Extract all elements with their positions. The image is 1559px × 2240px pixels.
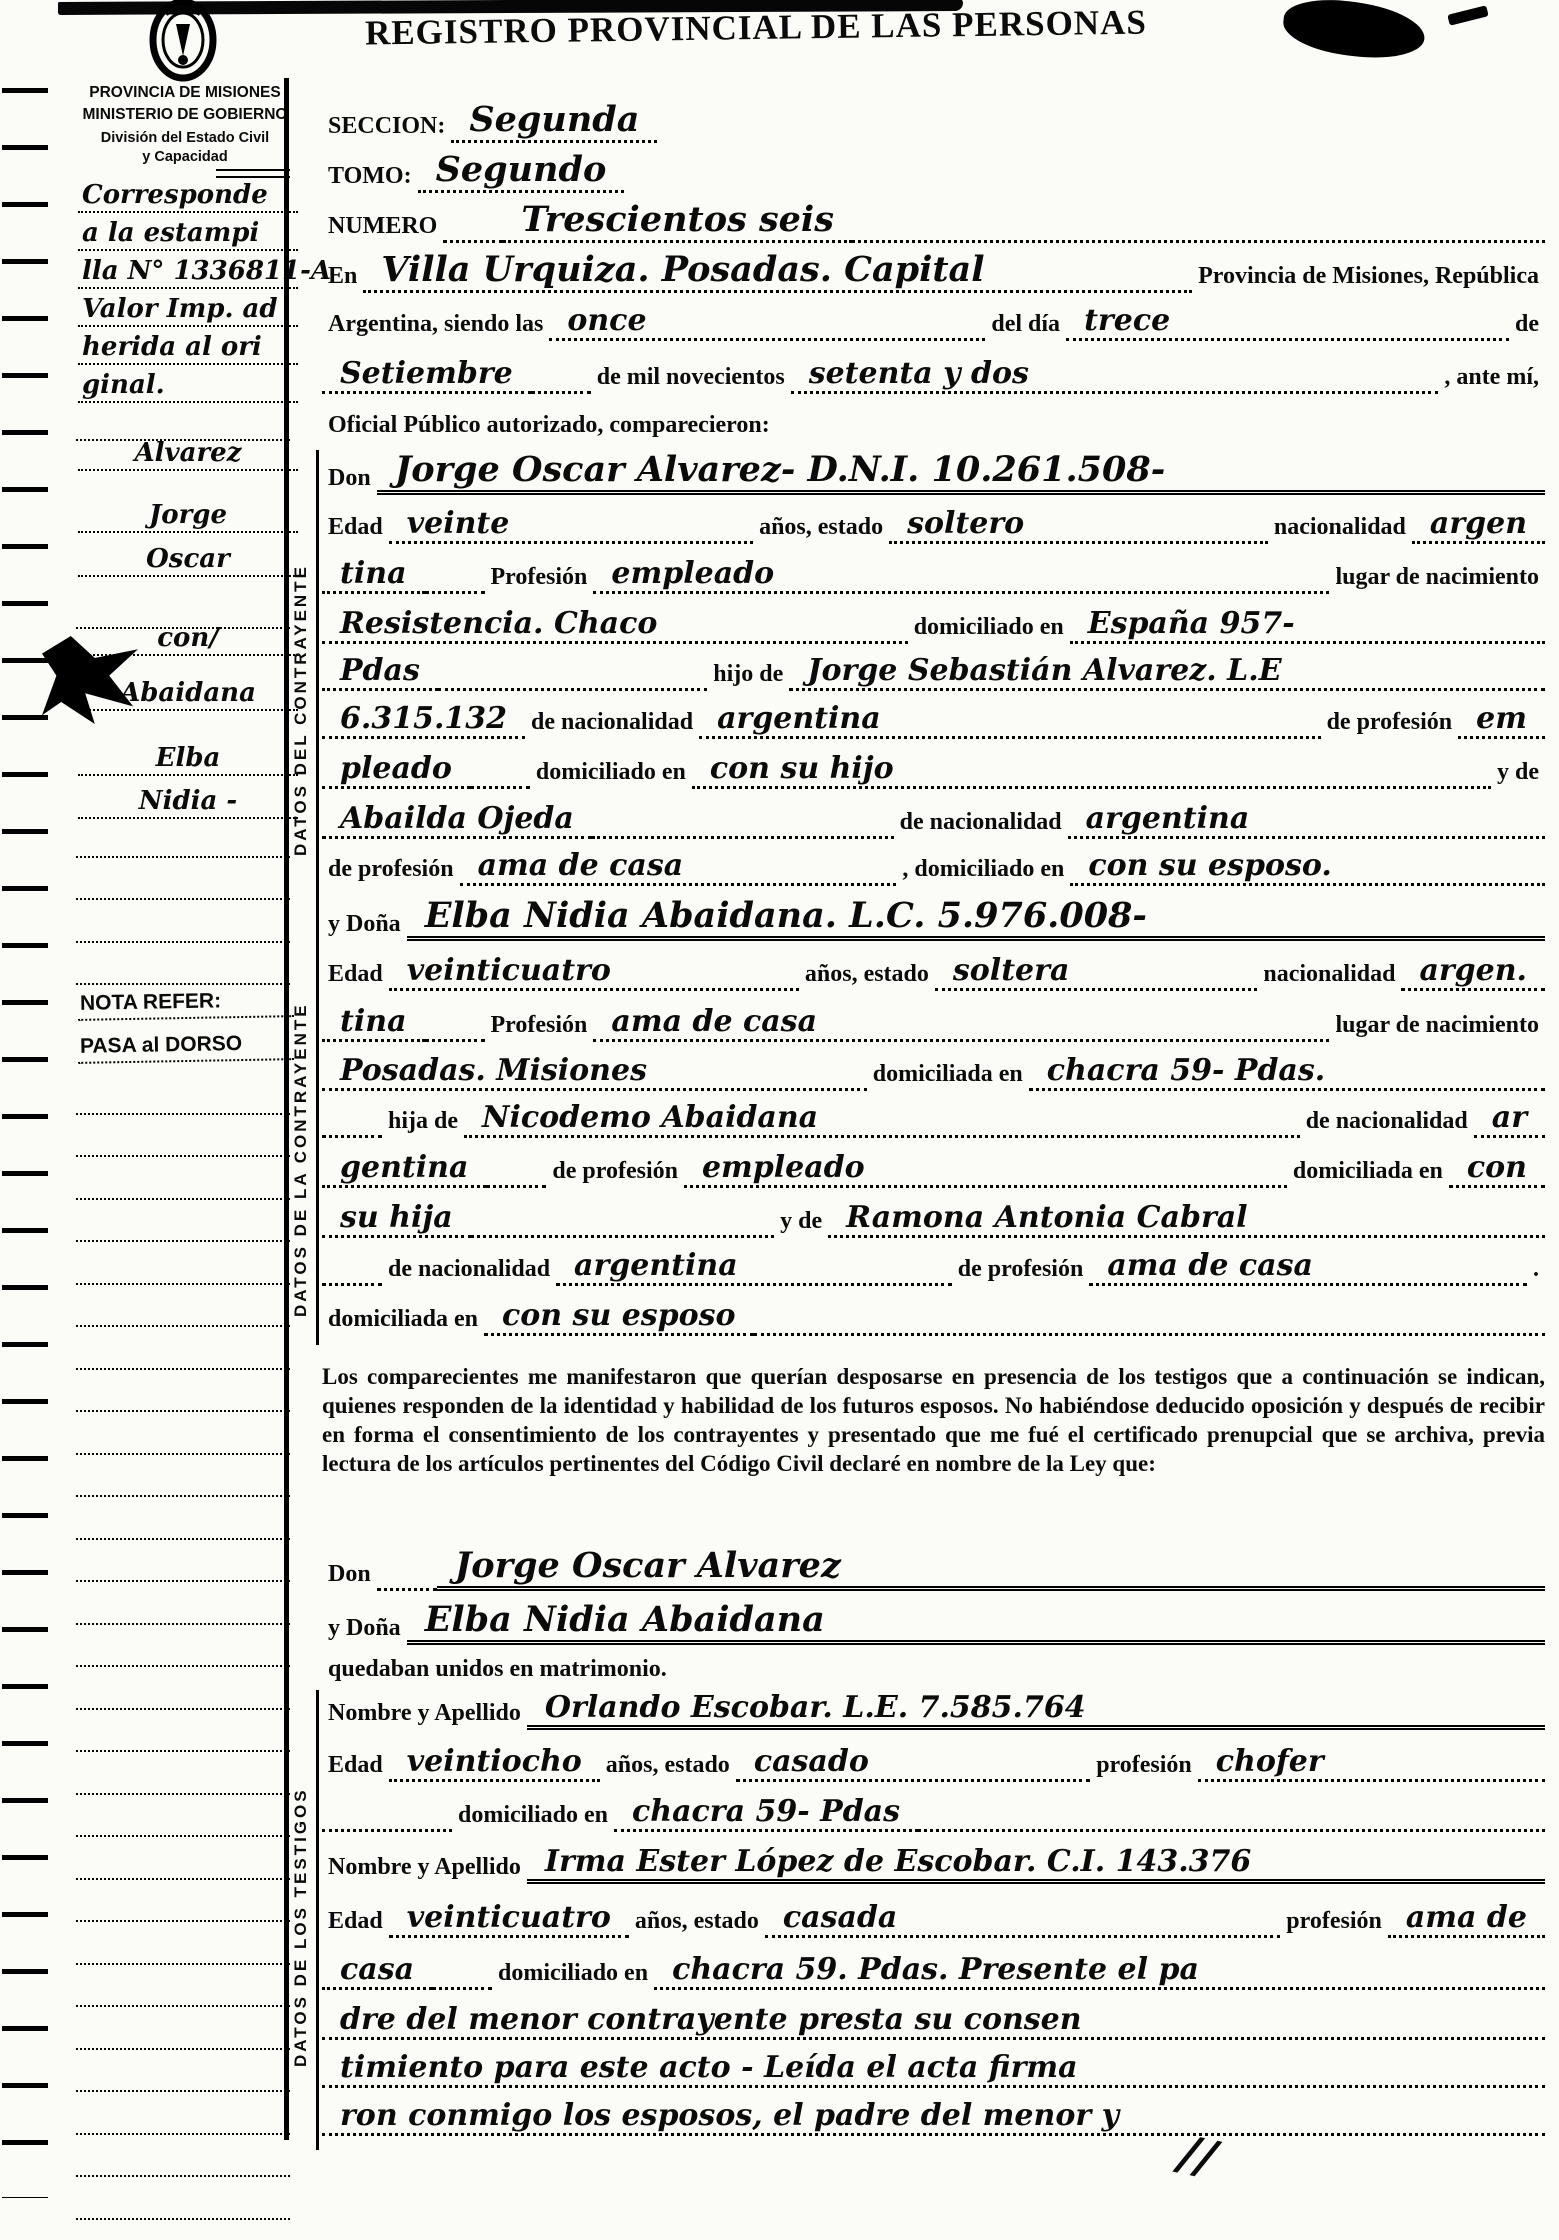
groom-profession-line: tina Profesión empleado lugar de nacimie…	[322, 558, 1545, 594]
groom-father-doc: 6.315.132	[322, 703, 525, 739]
y-de-label: y de	[774, 1208, 828, 1238]
numero-label: NUMERO	[322, 213, 443, 243]
margin-name-middle: Oscar	[78, 546, 298, 577]
groom-age-line: Edad veinte años, estado soltero naciona…	[322, 508, 1545, 544]
letterhead-province: PROVINCIA DE MISIONES	[78, 84, 292, 102]
closing-line-1: dre del menor contrayente presta su cons…	[322, 2004, 1545, 2040]
groom-mother-value: Abailda Ojeda	[322, 803, 592, 839]
groom-nacionalidad-part1: argen	[1412, 508, 1545, 544]
hija-de-label: hija de	[382, 1108, 464, 1138]
field-seccion: SECCION: Segunda	[322, 102, 1545, 143]
ruled-line	[76, 2007, 290, 2050]
bride-profesion-value: ama de casa	[593, 1006, 1329, 1042]
groom-birthplace-value: Resistencia. Chaco	[322, 608, 908, 644]
groom-father-line: Pdas hijo de Jorge Sebastián Alvarez. L.…	[322, 655, 1545, 691]
estado-label: años, estado	[799, 961, 935, 991]
margin-blank-rules	[76, 1072, 290, 2220]
bride-father-prof: empleado	[684, 1152, 1287, 1188]
dotted-rule	[531, 389, 591, 394]
united-line: quedaban unidos en matrimonio.	[322, 1656, 1545, 1686]
seccion-value: Segunda	[451, 102, 657, 143]
period: .	[1527, 1256, 1545, 1286]
letterhead-ministry: MINISTERIO DE GOBIERNO	[78, 106, 292, 124]
dona-label: y Doña	[322, 1615, 407, 1645]
day-value: trece	[1066, 305, 1509, 341]
field-datetime-1: Argentina, siendo las once del día trece…	[322, 305, 1545, 341]
ruled-line	[76, 1667, 290, 1710]
nacimiento-label: lugar de nacimiento	[1329, 564, 1545, 594]
profesion-label: profesión	[1090, 1752, 1198, 1782]
ruled-line	[76, 1710, 290, 1753]
notebook-edge-dashes	[2, 88, 48, 2198]
dotted-rule	[918, 1827, 1545, 1832]
dotted-rule	[425, 1037, 485, 1042]
ruled-line	[76, 2135, 290, 2178]
tomo-value: Segundo	[418, 152, 625, 193]
domicilio-label: domiciliado en	[492, 1960, 654, 1990]
witness1-estado-value: casado	[736, 1746, 1090, 1782]
bride-name-line: y Doña Elba Nidia Abaidana. L.C. 5.976.0…	[322, 898, 1545, 941]
groom-mother-prof-line: de profesión ama de casa , domiciliado e…	[322, 850, 1545, 886]
marriage-bride-name: Elba Nidia Abaidana	[407, 1602, 1545, 1645]
ruled-line	[76, 1497, 290, 1540]
field-tomo: TOMO: Segundo	[322, 152, 1545, 193]
ruled-line	[76, 1370, 290, 1413]
ruled-line	[76, 1582, 290, 1625]
estado-label: años, estado	[629, 1908, 765, 1938]
tomo-label: TOMO:	[322, 163, 418, 193]
month-value: Setiembre	[322, 358, 531, 394]
dotted-rule	[443, 238, 503, 243]
dotted-rule	[592, 834, 894, 839]
place-value: Villa Urquiza. Posadas. Capital	[363, 252, 1192, 293]
closing-line-2: timiento para este acto - Leída el acta …	[322, 2052, 1545, 2088]
bride-birthplace-value: Posadas. Misiones	[322, 1055, 867, 1091]
margin-name-surname-groom: Alvarez	[78, 440, 298, 471]
witness2-age-value: veinticuatro	[389, 1902, 629, 1938]
groom-profesion-value: empleado	[593, 558, 1329, 594]
closing-line-3: ron conmigo los esposos, el padre del me…	[322, 2100, 1545, 2136]
witness2-dom-line: casa domiciliado en chacra 59. Pdas. Pre…	[322, 1954, 1545, 1990]
closing-text-2: timiento para este acto - Leída el acta …	[322, 2052, 1545, 2088]
margin-blank-rules	[76, 398, 290, 441]
dotted-rule	[322, 1281, 382, 1286]
domicilio-label: domiciliado en	[452, 1802, 614, 1832]
groom-age-value: veinte	[389, 508, 753, 544]
nacionalidad-label: nacionalidad	[1268, 514, 1412, 544]
profesion-label: Profesión	[485, 564, 594, 594]
ruled-line	[76, 1540, 290, 1583]
bride-age-line: Edad veinticuatro años, estado soltera n…	[322, 955, 1545, 991]
bride-nacionalidad-part2: tina	[322, 1006, 425, 1042]
ruled-line	[76, 1200, 290, 1243]
ruled-line	[76, 1965, 290, 2008]
groom-section-rule	[316, 450, 319, 950]
bride-birthplace-line: Posadas. Misiones domiciliada en chacra …	[322, 1055, 1545, 1091]
witness-section-rule	[316, 1690, 319, 2150]
dotted-rule	[470, 784, 530, 789]
groom-mother-prof: ama de casa	[460, 850, 897, 886]
nacionalidad-label: nacionalidad	[1257, 961, 1401, 991]
bride-estado-value: soltera	[935, 955, 1257, 991]
bride-mother-value: Ramona Antonia Cabral	[828, 1202, 1545, 1238]
domicilio-label: domiciliado en	[908, 614, 1070, 644]
del-dia-label: del día	[985, 311, 1066, 341]
siendo-las-label: Argentina, siendo las	[322, 311, 549, 341]
dotted-rule	[852, 238, 1545, 243]
ruled-line	[76, 398, 290, 441]
section-label-groom: DATOS DEL CONTRAYENTE	[288, 495, 314, 925]
ruled-line	[76, 900, 290, 943]
ruled-line	[76, 1115, 290, 1158]
ink-blob	[1281, 0, 1428, 63]
letterhead-division2: y Capacidad	[78, 149, 292, 165]
groom-domicilio-value: España 957-	[1070, 608, 1545, 644]
dona-label: y Doña	[322, 911, 407, 941]
ruled-line	[76, 1880, 290, 1923]
bride-father-prof-line: gentina de profesión empleado domiciliad…	[322, 1152, 1545, 1188]
letterhead-rule	[216, 169, 290, 178]
marriage-groom-name: Jorge Oscar Alvarez	[437, 1548, 1545, 1591]
dotted-rule	[432, 1985, 492, 1990]
coat-of-arms-emblem	[146, 0, 220, 89]
ruled-line	[76, 1922, 290, 1965]
margin-stamp-note-line: herida al ori	[78, 334, 298, 365]
nacionalidad-label: de nacionalidad	[525, 709, 699, 739]
profesion-label: Profesión	[485, 1012, 594, 1042]
estado-label: años, estado	[753, 514, 889, 544]
margin-nota-text: PASA al DORSO	[78, 1031, 294, 1064]
bride-mother-nac: argentina	[556, 1250, 952, 1286]
don-label: Don	[322, 465, 377, 495]
hour-value: once	[549, 305, 985, 341]
groom-mother-nac: argentina	[1068, 803, 1545, 839]
scanned-marriage-certificate: REGISTRO PROVINCIAL DE LAS PERSONAS PROV…	[0, 0, 1559, 2240]
place-tail: Provincia de Misiones, República	[1192, 263, 1545, 293]
dotted-rule	[425, 589, 485, 594]
de-label: de	[1509, 311, 1545, 341]
domicilio-label: domiciliado en	[530, 759, 692, 789]
marriage-bride-line: y Doña Elba Nidia Abaidana	[322, 1602, 1545, 1645]
ruled-line	[76, 1455, 290, 1498]
profesion-label: de profesión	[322, 856, 460, 886]
witness1-age-line: Edad veintiocho años, estado casado prof…	[322, 1746, 1545, 1782]
ruled-line	[76, 815, 290, 858]
ante-mi-label: , ante mí,	[1438, 364, 1545, 394]
ruled-line	[76, 1752, 290, 1795]
edad-label: Edad	[322, 514, 389, 544]
official-text: Oficial Público autorizado, compareciero…	[322, 412, 776, 442]
field-numero: Trescientos seis NUMERO Trescientos seis	[322, 202, 1545, 243]
ruled-line	[76, 2092, 290, 2135]
closing-text-3: ron conmigo los esposos, el padre del me…	[322, 2100, 1545, 2136]
letterhead-division: División del Estado Civil	[78, 130, 292, 146]
witness1-profesion-value: chofer	[1198, 1746, 1545, 1782]
witness1-age-value: veintiocho	[389, 1746, 600, 1782]
domicilio-label: domiciliada en	[867, 1061, 1029, 1091]
witness2-domicilio-value: chacra 59. Pdas. Presente el pa	[654, 1954, 1545, 1990]
witness1-name-value: Orlando Escobar. L.E. 7.585.764	[527, 1692, 1545, 1730]
witness2-profesion-part1: ama de	[1388, 1902, 1545, 1938]
nacionalidad-label: de nacionalidad	[382, 1256, 556, 1286]
witness2-name-line: Nombre y Apellido Irma Ester López de Es…	[322, 1846, 1545, 1884]
year-value: setenta y dos	[791, 358, 1439, 394]
united-text: quedaban unidos en matrimonio.	[322, 1656, 673, 1686]
edad-label: Edad	[322, 1908, 389, 1938]
bride-father-dom-part2: su hija	[322, 1202, 471, 1238]
profesion-label: de profesión	[1321, 709, 1459, 739]
groom-father-dom-line: pleado domiciliado en con su hijo y de	[322, 753, 1545, 789]
ruled-line	[76, 1072, 290, 1115]
nombre-apellido-label: Nombre y Apellido	[322, 1700, 527, 1730]
bride-mother-dom: con su esposo	[484, 1300, 754, 1336]
edad-label: Edad	[322, 1752, 389, 1782]
witness2-estado-value: casada	[765, 1902, 1280, 1938]
ruled-line	[76, 1412, 290, 1455]
dotted-rule	[754, 1331, 1545, 1336]
groom-mother-line: Abailda Ojeda de nacionalidad argentina	[322, 803, 1545, 839]
ruled-line	[76, 943, 290, 986]
official-line: Oficial Público autorizado, compareciero…	[322, 412, 1545, 442]
nombre-apellido-label: Nombre y Apellido	[322, 1854, 527, 1884]
numero-value: Trescientos seis	[503, 202, 852, 243]
bride-father-line: hija de Nicodemo Abaidana de nacionalida…	[322, 1102, 1545, 1138]
bride-father-nac-part1: ar	[1474, 1102, 1545, 1138]
field-place: En Villa Urquiza. Posadas. Capital Provi…	[322, 252, 1545, 293]
bride-mother-line: su hija y de Ramona Antonia Cabral	[322, 1202, 1545, 1238]
groom-father-nac: argentina	[699, 703, 1321, 739]
hijo-de-label: hijo de	[707, 661, 789, 691]
domicilio-label: , domiciliado en	[896, 856, 1070, 886]
margin-blank-rules	[76, 815, 290, 985]
groom-name-value: Jorge Oscar Alvarez- D.N.I. 10.261.508-	[377, 452, 1545, 495]
profesion-label: de profesión	[546, 1158, 684, 1188]
groom-name-line: Don Jorge Oscar Alvarez- D.N.I. 10.261.5…	[322, 452, 1545, 495]
ruled-line	[76, 1837, 290, 1880]
groom-domicilio-2: Pdas	[322, 655, 438, 691]
bride-mother-nac-line: de nacionalidad argentina de profesión a…	[322, 1250, 1545, 1286]
groom-father-prof-part2: pleado	[322, 753, 470, 789]
margin-stamp-note-line: a la estampi	[78, 220, 298, 251]
bride-mother-dom-line: domiciliada en con su esposo	[322, 1300, 1545, 1336]
margin-stamp-note-line: Corresponde	[78, 182, 298, 213]
bride-profession-line: tina Profesión ama de casa lugar de naci…	[322, 1006, 1545, 1042]
witness2-name-value: Irma Ester López de Escobar. C.I. 143.37…	[527, 1846, 1545, 1884]
groom-estado-value: soltero	[889, 508, 1268, 544]
dotted-rule	[322, 1133, 382, 1138]
y-de-label: y de	[1491, 759, 1545, 789]
domicilio-label: domiciliada en	[1287, 1158, 1449, 1188]
nacionalidad-label: de nacionalidad	[894, 809, 1068, 839]
margin-con: con/	[78, 625, 298, 656]
bride-father-nac-part2: gentina	[322, 1152, 486, 1188]
ruled-line	[76, 2050, 290, 2093]
groom-mother-dom: con su esposo.	[1070, 850, 1545, 886]
dotted-rule	[322, 1827, 452, 1832]
bride-domicilio-value: chacra 59- Pdas.	[1029, 1055, 1545, 1091]
dotted-rule	[471, 1233, 774, 1238]
ruled-line	[76, 1285, 290, 1328]
margin-stamp-note-line: lla N° 1336811-A	[78, 258, 298, 289]
dotted-rule	[438, 686, 707, 691]
field-datetime-2: Setiembre de mil novecientos setenta y d…	[322, 358, 1545, 394]
bride-nacionalidad-part1: argen.	[1401, 955, 1545, 991]
profesion-label: profesión	[1280, 1908, 1388, 1938]
nacimiento-label: lugar de nacimiento	[1329, 1012, 1545, 1042]
bride-age-value: veinticuatro	[389, 955, 799, 991]
declaration-paragraph: Los comparecientes me manifestaron que q…	[322, 1362, 1545, 1478]
ruled-line	[76, 1327, 290, 1370]
dotted-rule	[377, 1586, 437, 1591]
ruled-line	[76, 858, 290, 901]
don-label: Don	[322, 1561, 377, 1591]
margin-name-surname-bride: Abaidana	[78, 680, 298, 711]
witness1-domicilio-value: chacra 59- Pdas	[614, 1796, 918, 1832]
edad-label: Edad	[322, 961, 389, 991]
bride-name-value: Elba Nidia Abaidana. L.C. 5.976.008-	[407, 898, 1545, 941]
witness2-age-line: Edad veinticuatro años, estado casada pr…	[322, 1902, 1545, 1938]
seccion-label: SECCION:	[322, 113, 451, 143]
profesion-label: de profesión	[952, 1256, 1090, 1286]
groom-father-dom: con su hijo	[692, 753, 1491, 789]
groom-father-doc-line: 6.315.132 de nacionalidad argentina de p…	[322, 703, 1545, 739]
nacionalidad-label: de nacionalidad	[1300, 1108, 1474, 1138]
groom-father-prof-part1: em	[1458, 703, 1545, 739]
bride-father-value: Nicodemo Abaidana	[464, 1102, 1300, 1138]
ruled-line	[76, 1157, 290, 1200]
bride-section-rule	[316, 895, 319, 1345]
dotted-rule	[486, 1183, 546, 1188]
ruled-line	[76, 1242, 290, 1285]
margin-name-bride-first: Elba	[78, 745, 298, 776]
bride-mother-prof: ama de casa	[1089, 1250, 1527, 1286]
ruled-line	[76, 1625, 290, 1668]
groom-birthplace-line: Resistencia. Chaco domiciliado en España…	[322, 608, 1545, 644]
section-label-witnesses: DATOS DE LOS TESTIGOS	[288, 1715, 314, 2140]
groom-nacionalidad-part2: tina	[322, 558, 425, 594]
witness1-dom-line: domiciliado en chacra 59- Pdas	[322, 1796, 1545, 1832]
witness2-profesion-part2: casa	[322, 1954, 432, 1990]
domicilio-label: domiciliada en	[322, 1306, 484, 1336]
groom-father-value: Jorge Sebastián Alvarez. L.E	[789, 655, 1545, 691]
ruled-line	[76, 1795, 290, 1838]
bride-father-dom-part1: con	[1449, 1152, 1545, 1188]
pen-mark	[1447, 5, 1488, 25]
novecientos-label: de mil novecientos	[591, 364, 791, 394]
estado-label: años, estado	[600, 1752, 736, 1782]
margin-nota-label: NOTA REFER:	[78, 988, 294, 1021]
witness1-name-line: Nombre y Apellido Orlando Escobar. L.E. …	[322, 1692, 1545, 1730]
margin-stamp-note-line: Valor Imp. ad	[78, 296, 298, 327]
en-label: En	[322, 263, 363, 293]
closing-text-1: dre del menor contrayente presta su cons…	[322, 2004, 1545, 2040]
marriage-groom-line: Don Jorge Oscar Alvarez	[322, 1548, 1545, 1591]
margin-name-first: Jorge	[78, 502, 298, 533]
ruled-line	[76, 2177, 290, 2220]
section-label-bride: DATOS DE LA CONTRAYENTE	[288, 930, 314, 1390]
